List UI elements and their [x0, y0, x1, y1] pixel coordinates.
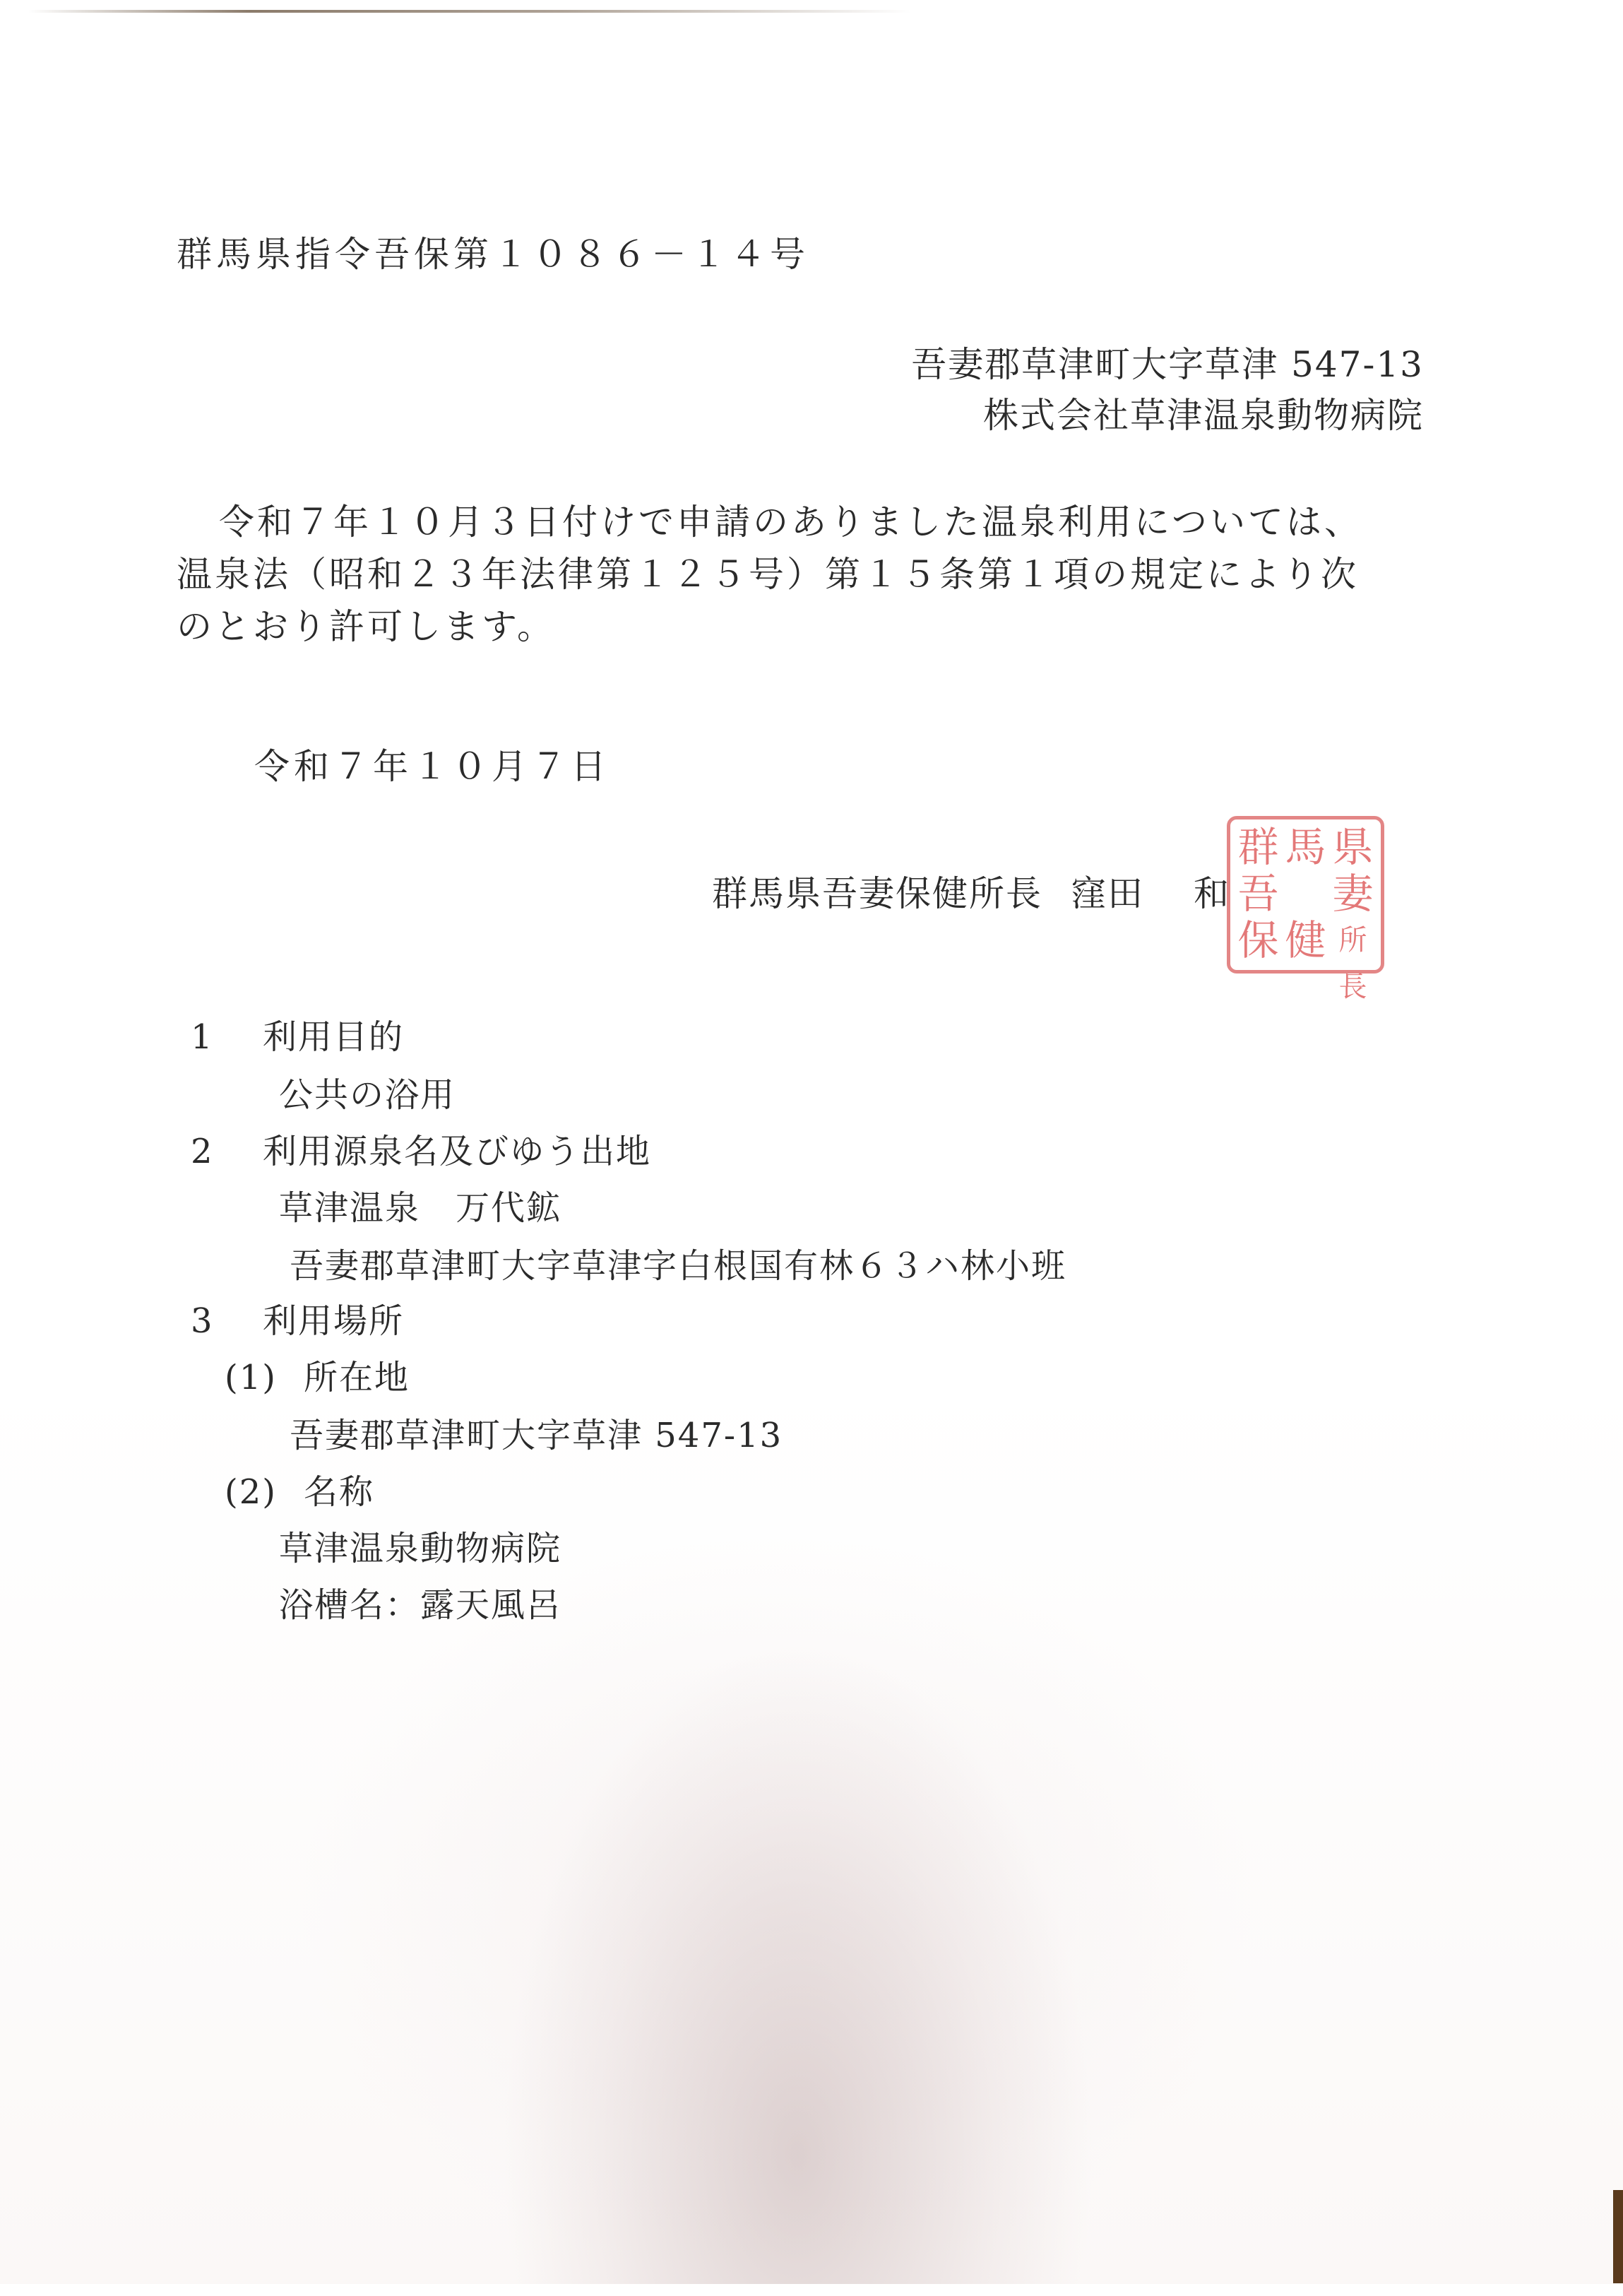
seal-char: 健 — [1282, 917, 1329, 1010]
issuer-given-name: 和 — [1194, 873, 1230, 914]
official-seal-stamp: 群 馬 県 吾 妻 保 健 所長 — [1227, 816, 1384, 974]
seal-char: 吾 — [1235, 870, 1282, 917]
recipient-name: 株式会社草津温泉動物病院 — [911, 390, 1424, 441]
seal-char: 群 — [1235, 824, 1282, 870]
section-label: 利用目的 — [263, 1016, 404, 1058]
recipient-address: 吾妻郡草津町大字草津 547-13 — [911, 339, 1424, 390]
seal-char-blank — [1282, 870, 1329, 917]
subsection-number: (2) — [225, 1471, 277, 1513]
recipient-block: 吾妻郡草津町大字草津 547-13 株式会社草津温泉動物病院 — [911, 339, 1424, 441]
seal-char: 県 — [1329, 824, 1377, 870]
issuer-title: 群馬県吾妻保健所長 — [712, 873, 1042, 914]
section-number: 1 — [191, 1016, 214, 1058]
body-line-2: 温泉法（昭和２３年法律第１２５号）第１５条第１項の規定により次 — [177, 548, 1420, 600]
section-number: 3 — [191, 1300, 214, 1342]
seal-char: 保 — [1235, 917, 1282, 1010]
subsection-label: 所在地 — [304, 1356, 410, 1399]
paper-bottom-edge — [0, 2284, 1623, 2296]
section-label: 利用源泉名及びゆう出地 — [263, 1130, 651, 1173]
issuer-signature-line: 群馬県吾妻保健所長窪田和 — [712, 872, 1230, 915]
subsection-label: 名称 — [304, 1471, 374, 1513]
issue-date: 令和７年１０月７日 — [254, 745, 610, 788]
paper-right-edge-background — [1613, 2190, 1623, 2283]
section-label: 利用場所 — [263, 1300, 404, 1342]
body-line-3: のとおり許可します。 — [177, 600, 1420, 653]
seal-char: 妻 — [1329, 870, 1377, 917]
document-page: 群馬県指令吾保第１０８６－１４号 吾妻郡草津町大字草津 547-13 株式会社草… — [0, 0, 1623, 2296]
seal-char: 所長 — [1329, 917, 1377, 1010]
permit-body-text: 令和７年１０月３日付けで申請のありました温泉利用については、 温泉法（昭和２３年… — [177, 496, 1420, 653]
subsection-number: (1) — [225, 1356, 277, 1399]
issuer-surname: 窪田 — [1071, 873, 1144, 914]
section-number: 2 — [191, 1130, 214, 1173]
seal-char: 馬 — [1282, 824, 1329, 870]
body-line-1: 令和７年１０月３日付けで申請のありました温泉利用については、 — [177, 496, 1420, 548]
document-number: 群馬県指令吾保第１０８６－１４号 — [177, 233, 809, 276]
paper-top-edge-shadow — [28, 10, 911, 13]
